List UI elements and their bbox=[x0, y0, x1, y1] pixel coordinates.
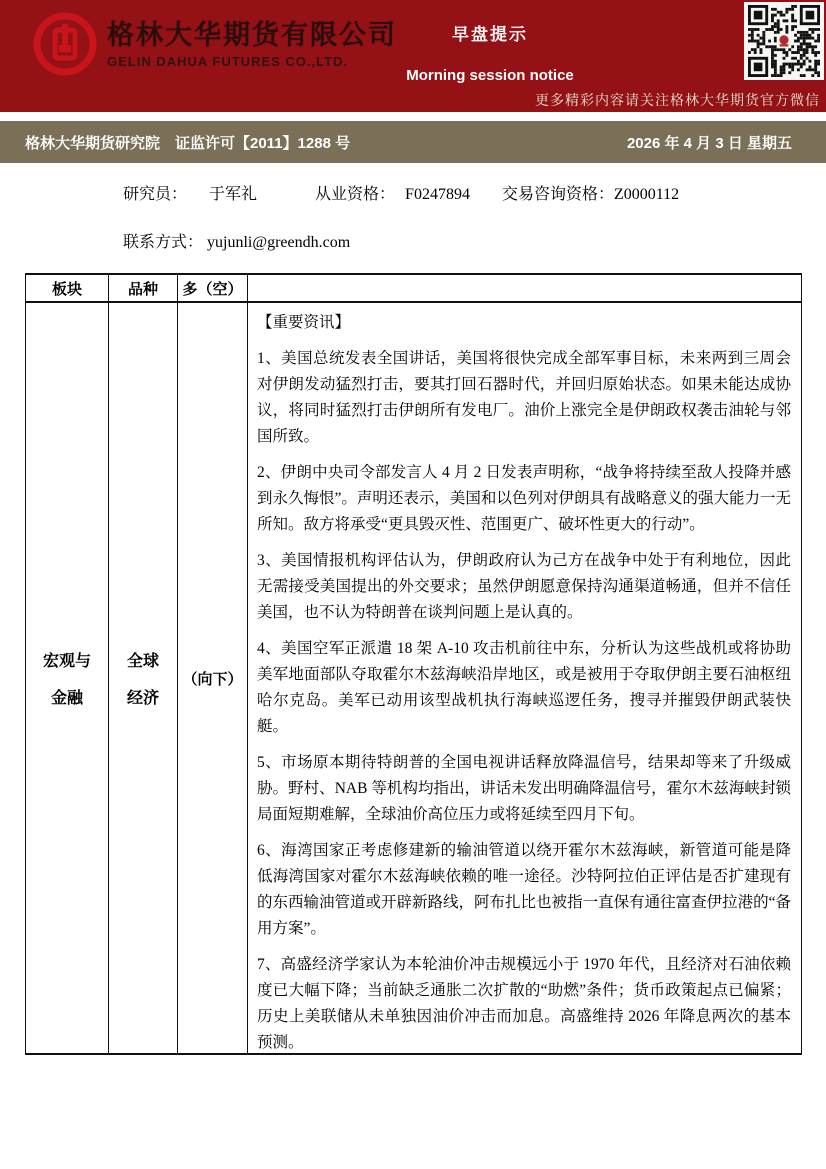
variety-cell: 全球 经济 bbox=[108, 303, 177, 1053]
qualification-number: F0247894 bbox=[405, 186, 470, 203]
researcher-line: 研究员：于军礼从业资格：F0247894交易咨询资格：Z0000112 bbox=[123, 181, 826, 203]
direction-cell: （向下） bbox=[177, 303, 247, 1053]
company-logo-icon bbox=[33, 12, 97, 76]
sector-line2: 金融 bbox=[51, 685, 83, 708]
researcher-name: 于军礼 bbox=[209, 186, 257, 203]
news-paragraph: 1、美国总统发表全国讲话，美国将很快完成全部军事目标，未来两到三周会对伊朗发动猛… bbox=[257, 346, 791, 450]
company-name-cn: 格林大华期货有限公司 bbox=[107, 20, 397, 50]
news-paragraph: 2、伊朗中央司令部发言人 4 月 2 日发表声明称，“战争将持续至敌人投降并感到… bbox=[257, 460, 791, 538]
col-header-sector: 板块 bbox=[26, 275, 108, 301]
table-row: 宏观与 金融 全球 经济 （向下） 【重要资讯】 1、美国总统发表全国讲话，美国… bbox=[26, 303, 801, 1053]
sector-line1: 宏观与 bbox=[43, 648, 91, 671]
notice-title-en: Morning session notice bbox=[380, 67, 600, 84]
news-paragraph: 5、市场原本期待特朗普的全国电视讲话释放降温信号，结果却等来了升级威胁。野村、N… bbox=[257, 750, 791, 828]
variety-line1: 全球 bbox=[127, 648, 159, 671]
variety-line2: 经济 bbox=[127, 685, 159, 708]
col-header-variety: 品种 bbox=[108, 275, 177, 301]
advisory-number: Z0000112 bbox=[614, 186, 679, 203]
notice-title: 早盘提示 Morning session notice bbox=[380, 20, 600, 84]
sector-cell: 宏观与 金融 bbox=[26, 303, 108, 1053]
report-date: 2026 年 4 月 3 日 星期五 bbox=[627, 132, 792, 153]
header-gap bbox=[0, 112, 826, 121]
header-band: 格林大华期货有限公司 GELIN DAHUA FUTURES CO.,LTD. … bbox=[0, 0, 826, 112]
page: 格林大华期货有限公司 GELIN DAHUA FUTURES CO.,LTD. … bbox=[0, 0, 826, 1169]
researcher-block: 研究员：于军礼从业资格：F0247894交易咨询资格：Z0000112 联系方式… bbox=[0, 163, 826, 251]
contact-label: 联系方式： bbox=[123, 234, 203, 251]
col-header-content bbox=[247, 275, 801, 301]
brand-text: 格林大华期货有限公司 GELIN DAHUA FUTURES CO.,LTD. bbox=[107, 20, 397, 69]
advisory-label: 交易咨询资格： bbox=[502, 186, 614, 203]
researcher-label: 研究员： bbox=[123, 186, 187, 203]
report-table: 板块 品种 多（空） 宏观与 金融 全球 经济 （向下） 【重要资讯】 1、美国… bbox=[25, 273, 802, 1055]
direction-value: （向下） bbox=[182, 668, 242, 689]
news-paragraph: 6、海湾国家正考虑修建新的输油管道以绕开霍尔木兹海峡，新管道可能是降低海湾国家对… bbox=[257, 838, 791, 942]
qualification-label: 从业资格： bbox=[315, 186, 395, 203]
col-header-direction: 多（空） bbox=[177, 275, 247, 301]
contact-email: yujunli@greendh.com bbox=[207, 234, 350, 251]
content-title: 【重要资讯】 bbox=[257, 310, 791, 336]
notice-title-cn: 早盘提示 bbox=[380, 20, 600, 45]
wechat-note: 更多精彩内容请关注格林大华期货官方微信 bbox=[535, 90, 820, 110]
news-paragraph-list: 1、美国总统发表全国讲话，美国将很快完成全部军事目标，未来两到三周会对伊朗发动猛… bbox=[257, 346, 791, 1053]
contact-line: 联系方式：yujunli@greendh.com bbox=[123, 229, 826, 251]
table-header-row: 板块 品种 多（空） bbox=[26, 275, 801, 303]
content-cell: 【重要资讯】 1、美国总统发表全国讲话，美国将很快完成全部军事目标，未来两到三周… bbox=[247, 303, 801, 1053]
news-paragraph: 4、美国空军正派遣 18 架 A-10 攻击机前往中东，分析认为这些战机或将协助… bbox=[257, 636, 791, 740]
news-paragraph: 3、美国情报机构评估认为，伊朗政府认为己方在战争中处于有利地位，因此无需接受美国… bbox=[257, 548, 791, 626]
institute-license: 格林大华期货研究院 证监许可【2011】1288 号 bbox=[25, 132, 350, 153]
brand-block: 格林大华期货有限公司 GELIN DAHUA FUTURES CO.,LTD. bbox=[33, 12, 397, 76]
wechat-qr-code-icon bbox=[744, 2, 824, 80]
company-name-en: GELIN DAHUA FUTURES CO.,LTD. bbox=[107, 54, 397, 69]
info-bar: 格林大华期货研究院 证监许可【2011】1288 号 2026 年 4 月 3 … bbox=[0, 121, 826, 163]
news-paragraph: 7、高盛经济学家认为本轮油价冲击规模远小于 1970 年代，且经济对石油依赖度已… bbox=[257, 952, 791, 1053]
